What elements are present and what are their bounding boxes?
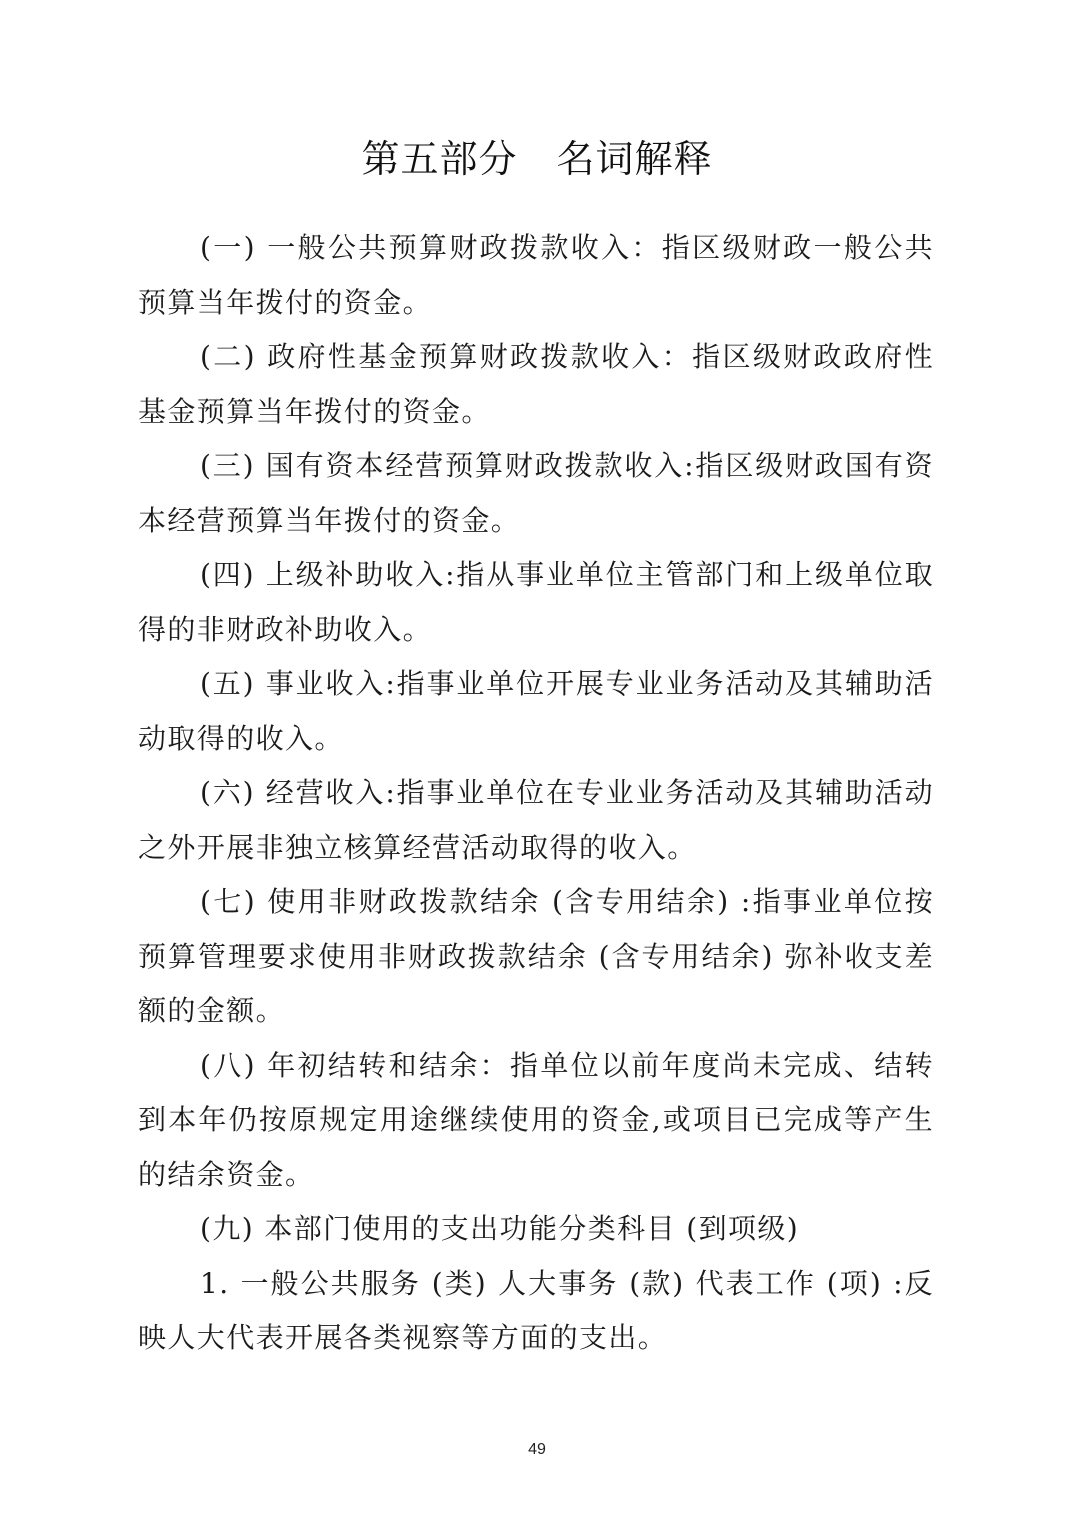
definition-paragraph-1: (一) 一般公共预算财政拨款收入：指区级财政一般公共预算当年拨付的资金。	[138, 221, 934, 330]
page-title: 第五部分 名词解释	[0, 134, 1074, 184]
document-page: 第五部分 名词解释 (一) 一般公共预算财政拨款收入：指区级财政一般公共预算当年…	[0, 0, 1074, 1520]
definition-paragraph-8: (八) 年初结转和结余：指单位以前年度尚未完成、结转到本年仍按原规定用途继续使用…	[138, 1039, 934, 1203]
definition-paragraph-6: (六) 经营收入:指事业单位在专业业务活动及其辅助活动之外开展非独立核算经营活动…	[138, 766, 934, 875]
document-body: (一) 一般公共预算财政拨款收入：指区级财政一般公共预算当年拨付的资金。 (二)…	[138, 221, 934, 1366]
section-heading-9: (九) 本部门使用的支出功能分类科目 (到项级)	[138, 1202, 934, 1257]
page-number: 49	[0, 1441, 1074, 1459]
definition-paragraph-5: (五) 事业收入:指事业单位开展专业业务活动及其辅助活动取得的收入。	[138, 657, 934, 766]
definition-paragraph-2: (二) 政府性基金预算财政拨款收入：指区级财政政府性基金预算当年拨付的资金。	[138, 330, 934, 439]
numbered-item-1: 1. 一般公共服务 (类) 人大事务 (款) 代表工作 (项) :反映人大代表开…	[138, 1257, 934, 1366]
definition-paragraph-7: (七) 使用非财政拨款结余 (含专用结余) :指事业单位按预算管理要求使用非财政…	[138, 875, 934, 1039]
definition-paragraph-3: (三) 国有资本经营预算财政拨款收入:指区级财政国有资本经营预算当年拨付的资金。	[138, 439, 934, 548]
definition-paragraph-4: (四) 上级补助收入:指从事业单位主管部门和上级单位取得的非财政补助收入。	[138, 548, 934, 657]
